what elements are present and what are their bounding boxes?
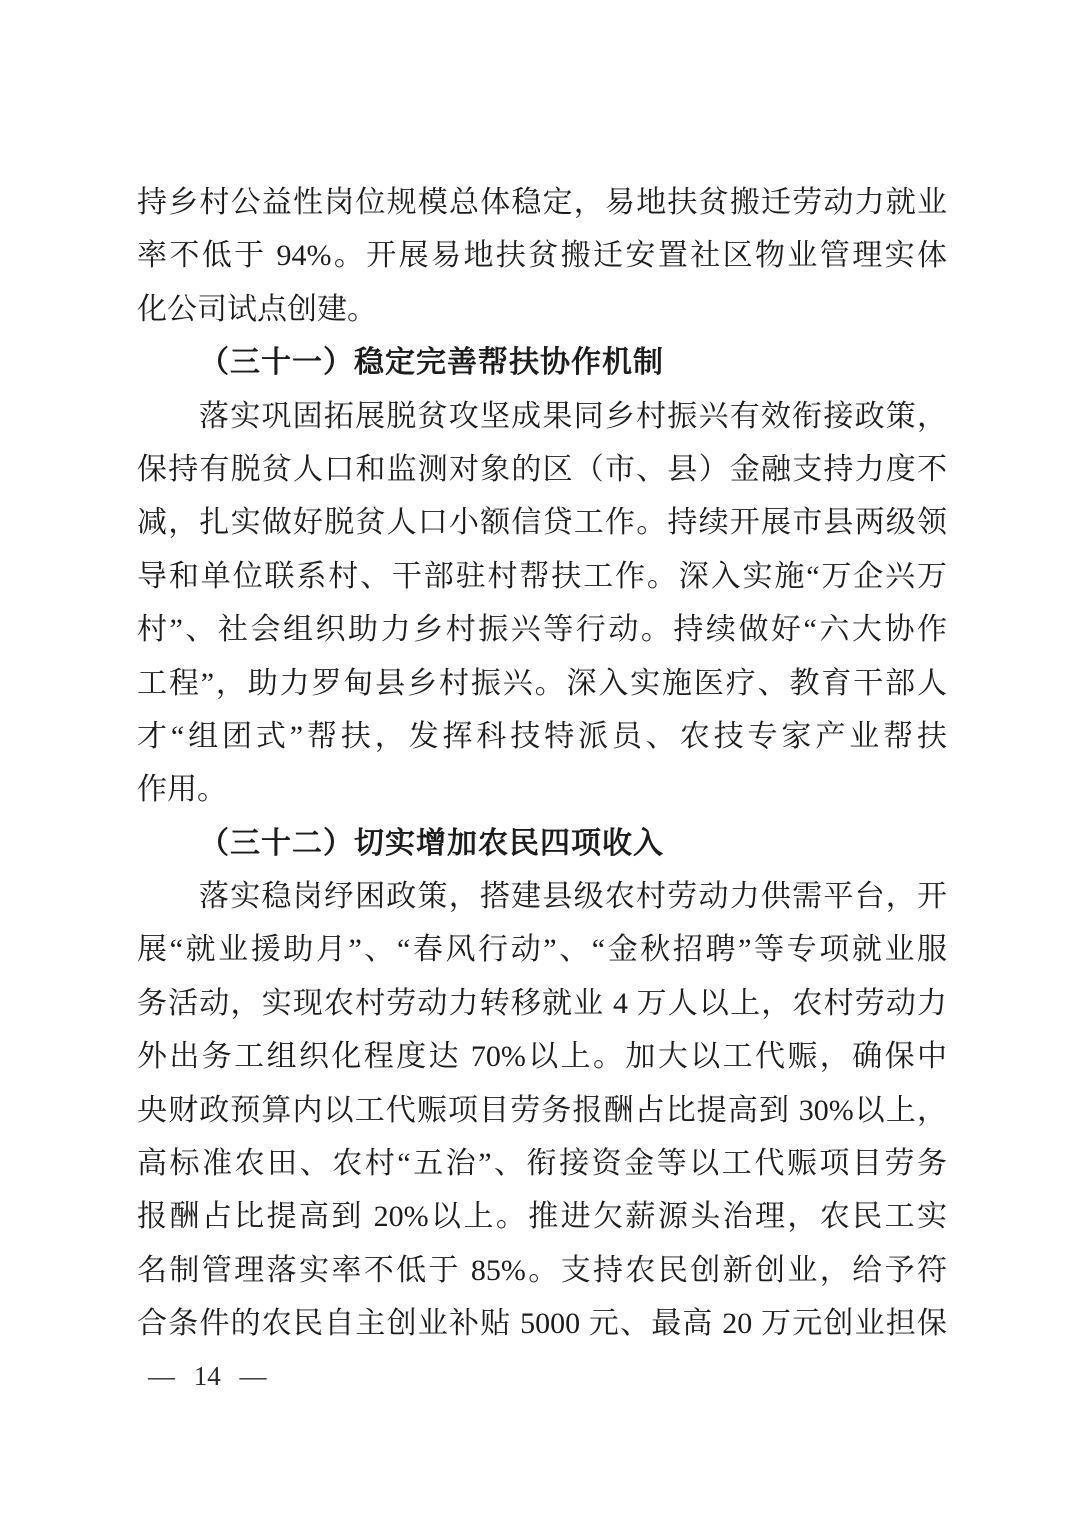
text-line: 工程”，助力罗甸县乡村振兴。深入实施医疗、教育干部人 bbox=[137, 657, 947, 710]
text-line: 展“就业援助月”、“春风行动”、“金秋招聘”等专项就业服 bbox=[137, 923, 947, 976]
text-line: 减，扎实做好脱贫人口小额信贷工作。持续开展市县两级领 bbox=[137, 496, 947, 549]
page-number: — 14 — bbox=[148, 1356, 267, 1396]
section-heading: （三十一）稳定完善帮扶协作机制 bbox=[137, 336, 947, 389]
text-line: 合条件的农民自主创业补贴 5000 元、最高 20 万元创业担保 bbox=[137, 1297, 947, 1350]
text-line: 高标准农田、农村“五治”、衔接资金等以工代赈项目劳务 bbox=[137, 1137, 947, 1190]
document-body: 持乡村公益性岗位规模总体稳定，易地扶贫搬迁劳动力就业率不低于 94%。开展易地扶… bbox=[137, 176, 947, 1351]
text-line: 作用。 bbox=[137, 763, 947, 816]
text-line: 保持有脱贫人口和监测对象的区（市、县）金融支持力度不 bbox=[137, 443, 947, 496]
text-line: 落实稳岗纾困政策，搭建县级农村劳动力供需平台，开 bbox=[137, 870, 947, 923]
text-line: 村”、社会组织助力乡村振兴等行动。持续做好“六大协作 bbox=[137, 603, 947, 656]
text-line: 落实巩固拓展脱贫攻坚成果同乡村振兴有效衔接政策， bbox=[137, 390, 947, 443]
text-line: 名制管理落实率不低于 85%。支持农民创新创业，给予符 bbox=[137, 1244, 947, 1297]
text-line: 才“组团式”帮扶，发挥科技特派员、农技专家产业帮扶 bbox=[137, 710, 947, 763]
text-line: 务活动，实现农村劳动力转移就业 4 万人以上，农村劳动力 bbox=[137, 977, 947, 1030]
text-line: 报酬占比提高到 20%以上。推进欠薪源头治理，农民工实 bbox=[137, 1190, 947, 1243]
document-page: 持乡村公益性岗位规模总体稳定，易地扶贫搬迁劳动力就业率不低于 94%。开展易地扶… bbox=[0, 0, 1080, 1528]
text-line: 持乡村公益性岗位规模总体稳定，易地扶贫搬迁劳动力就业 bbox=[137, 176, 947, 229]
text-line: 率不低于 94%。开展易地扶贫搬迁安置社区物业管理实体 bbox=[137, 229, 947, 282]
section-heading: （三十二）切实增加农民四项收入 bbox=[137, 817, 947, 870]
text-line: 外出务工组织化程度达 70%以上。加大以工代赈，确保中 bbox=[137, 1030, 947, 1083]
text-line: 央财政预算内以工代赈项目劳务报酬占比提高到 30%以上， bbox=[137, 1084, 947, 1137]
text-line: 化公司试点创建。 bbox=[137, 283, 947, 336]
text-line: 导和单位联系村、干部驻村帮扶工作。深入实施“万企兴万 bbox=[137, 550, 947, 603]
